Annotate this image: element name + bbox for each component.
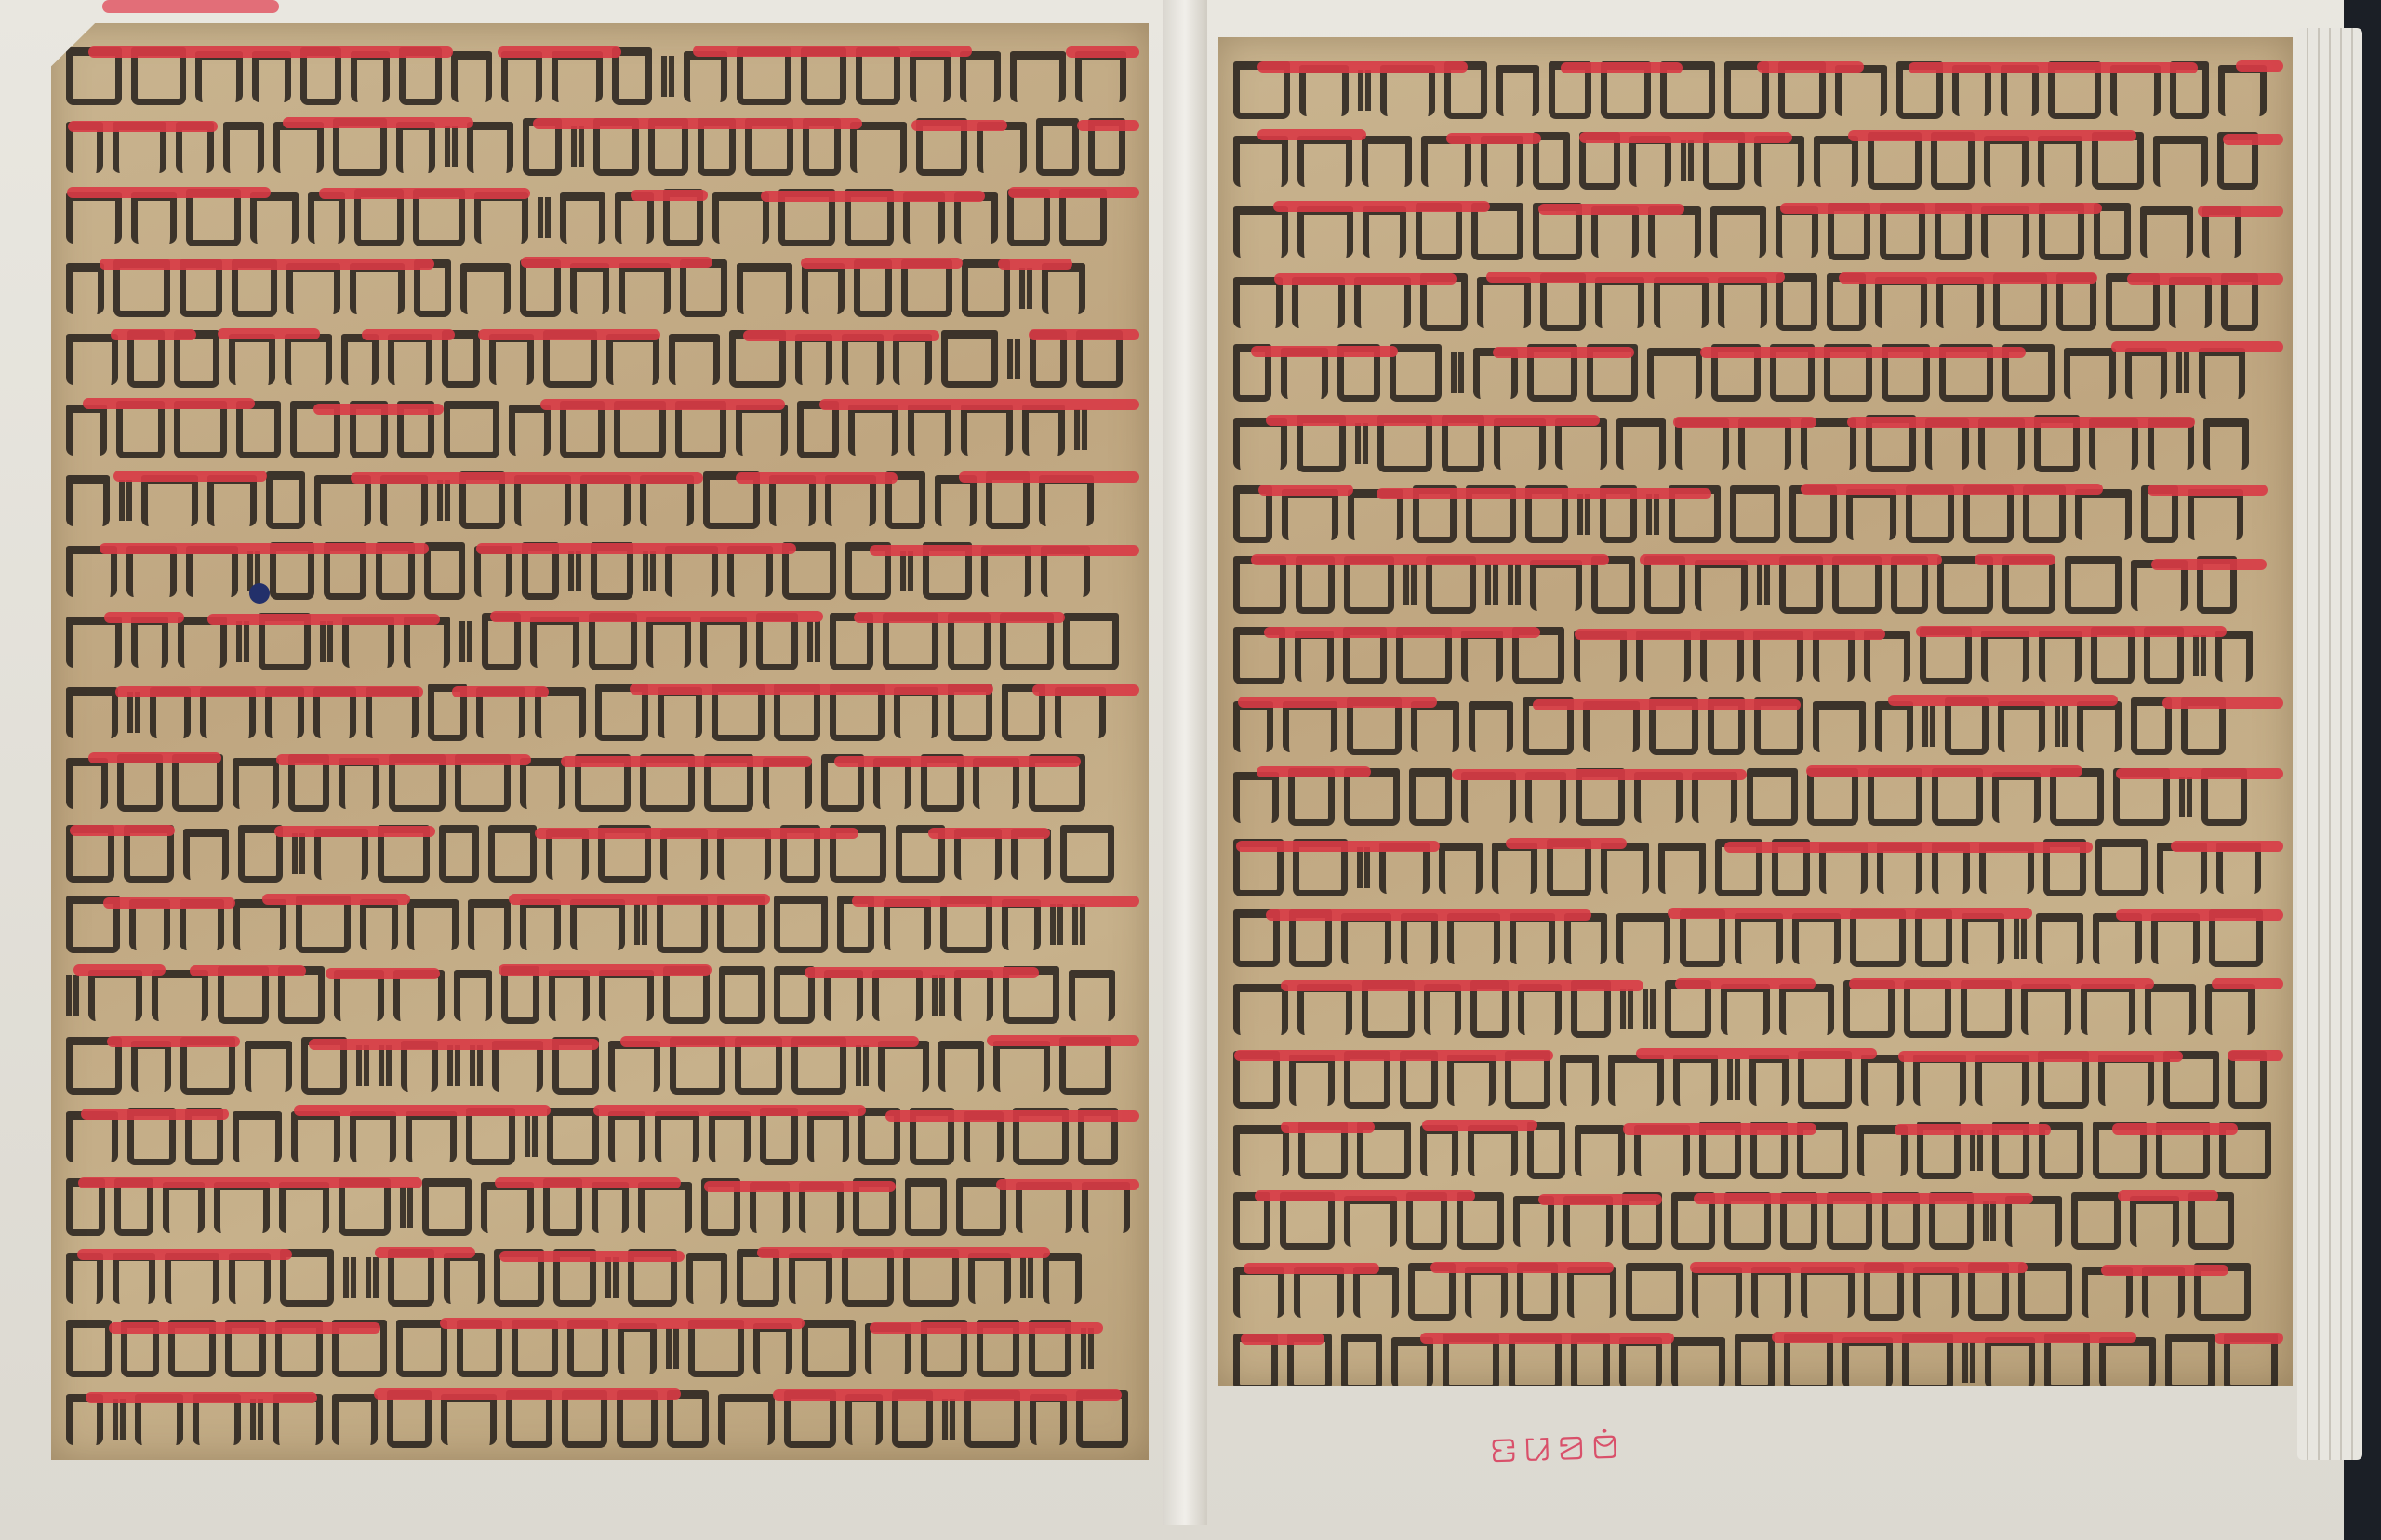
red-underline [1273,201,1490,212]
danda-mark [113,1399,126,1440]
script-glyph [1295,631,1334,682]
red-underline [773,1389,1121,1401]
script-glyph [520,899,561,950]
red-underline [1244,1263,1379,1274]
script-glyph [1813,701,1866,752]
script-glyph [1608,1055,1664,1106]
red-underline [207,614,439,625]
script-glyph [207,475,257,526]
script-glyph [1233,701,1273,752]
script-glyph [1283,701,1337,752]
red-underline [313,404,444,415]
danda-mark [568,551,581,591]
script-glyph [233,758,279,809]
script-glyph [1616,913,1670,964]
script-glyph [2099,1337,2156,1387]
red-underline [2116,768,2283,779]
script-glyph [1344,1196,1397,1247]
danda-mark [2193,635,2206,676]
script-glyph [547,1108,599,1165]
danda-mark [661,56,674,97]
red-underline [499,964,712,976]
script-glyph [560,192,605,244]
script-glyph [1380,65,1435,116]
script-glyph [350,263,405,314]
red-underline [67,187,271,198]
script-glyph [2095,839,2148,896]
red-underline [1008,187,1139,198]
red-underline [801,258,963,269]
danda-mark [1970,1130,1983,1171]
script-glyph [273,122,324,173]
danda-mark [66,975,79,1016]
danda-mark [1007,339,1020,379]
script-glyph [680,259,727,317]
script-glyph [1461,631,1503,682]
danda-mark [1072,904,1085,945]
script-glyph [1299,65,1349,116]
script-glyph [1363,206,1406,258]
script-glyph [236,401,281,458]
script-glyph [1747,768,1798,826]
script-glyph [1010,51,1066,102]
script-glyph [1626,1263,1683,1321]
script-glyph [1751,1267,1791,1318]
script-glyph [655,1111,699,1162]
red-underline [2212,978,2283,989]
script-glyph [481,1182,534,1233]
script-glyph [1518,984,1562,1035]
red-underline [83,398,256,409]
red-underline [987,1035,1139,1046]
script-glyph [1814,136,1858,187]
red-underline [1422,1120,1537,1131]
script-glyph [2071,1192,2121,1250]
script-glyph [807,1111,849,1162]
red-underline [1281,980,1644,991]
danda-mark [1643,989,1656,1029]
script-glyph [66,263,104,314]
red-underline [68,121,218,132]
script-glyph [1341,1334,1382,1386]
script-glyph [424,542,465,600]
script-glyph [116,401,165,458]
red-underline [1257,129,1366,140]
red-underline [1700,347,2026,358]
red-underline [854,612,1065,623]
danda-mark [437,480,450,521]
red-underline [319,188,530,199]
danda-mark [538,197,551,238]
script-glyph [1718,277,1767,328]
script-glyph [1362,136,1412,187]
script-glyph [1801,1267,1855,1318]
danda-mark [2176,352,2189,393]
red-underline [1888,695,2117,706]
red-underline [2111,341,2283,352]
script-glyph [1875,701,1913,752]
script-glyph [1043,1253,1082,1304]
red-underline [1895,1124,2050,1135]
script-glyph [802,263,845,314]
script-glyph [1932,768,1983,826]
red-underline [1486,272,1785,283]
script-glyph [2203,418,2249,470]
script-glyph [467,122,513,173]
danda-mark [1508,564,1521,605]
script-glyph [233,1111,282,1162]
margin-annotation: ꤢꤣꤤꤥꤦ [1487,1411,1625,1474]
script-glyph [1575,1125,1625,1176]
script-glyph [2081,984,2135,1035]
red-underline [490,611,824,622]
red-underline [1801,484,2103,495]
red-underline [70,825,175,836]
script-glyph [1595,277,1644,328]
script-glyph [174,401,227,458]
red-underline [2151,559,2267,570]
script-glyph [66,687,118,738]
danda-mark [1962,1342,1975,1383]
script-glyph [1998,701,2045,752]
ink-blot [249,583,270,604]
script-glyph [1913,1267,1959,1318]
script-glyph [2205,984,2255,1035]
script-glyph [250,192,299,244]
danda-mark [119,480,132,521]
script-glyph [332,1394,378,1445]
danda-mark [447,1045,460,1086]
script-glyph [908,405,951,456]
script-glyph [2021,984,2071,1035]
script-glyph [229,334,275,385]
script-glyph [474,192,528,244]
script-glyph [422,1178,472,1236]
script-glyph [214,1182,270,1233]
script-glyph [1420,1125,1458,1176]
danda-mark [1620,989,1633,1029]
script-glyph [700,617,747,668]
script-glyph [1776,273,1817,331]
red-underline [1452,769,1747,780]
script-glyph [1297,206,1353,258]
script-glyph [152,970,208,1021]
script-glyph [2215,631,2253,682]
script-glyph [341,334,379,385]
red-underline [294,1105,550,1116]
red-underline [2228,1050,2283,1061]
red-underline [1506,838,1627,849]
script-glyph [1671,1337,1725,1387]
script-glyph [719,966,765,1024]
script-glyph [1409,768,1452,826]
script-glyph [1654,277,1709,328]
script-glyph [131,192,177,244]
red-underline [86,1392,317,1403]
script-glyph [1468,1125,1518,1176]
danda-mark [900,551,913,591]
script-glyph [1981,631,2029,682]
script-glyph [286,263,340,314]
script-glyph [1798,1051,1852,1109]
danda-mark [525,1116,538,1157]
red-underline [1430,1262,1614,1273]
red-underline [107,1036,240,1047]
red-underline [870,545,1139,556]
red-underline [1849,978,2154,989]
danda-mark [250,1399,263,1440]
script-glyph [1673,1055,1718,1106]
red-underline [111,329,197,340]
red-underline [274,826,435,837]
red-underline [262,894,410,905]
script-glyph [905,1178,947,1236]
script-glyph [1282,489,1338,540]
script-glyph [2199,348,2245,399]
script-glyph [1779,984,1834,1035]
red-underline [1538,204,1683,215]
red-underline [1690,1262,2028,1273]
script-glyph [245,1041,292,1092]
script-glyph [1294,1267,1344,1318]
red-underline [2118,1190,2218,1201]
red-underline [1234,1050,1553,1061]
script-glyph [489,334,534,385]
red-underline [495,1177,680,1188]
script-glyph [1233,206,1288,258]
script-glyph [2188,489,2243,540]
red-underline [1281,1122,1375,1133]
red-underline [998,259,1072,270]
script-glyph [1447,1055,1496,1106]
danda-mark [292,833,305,874]
script-glyph [2093,913,2142,964]
script-glyph [848,405,898,456]
danda-mark [470,1045,483,1086]
red-underline [1848,130,2136,141]
red-underline [2148,485,2268,496]
red-underline [996,1179,1139,1190]
red-underline [928,828,1049,839]
script-glyph [608,1041,660,1092]
script-glyph [718,1394,775,1445]
script-glyph [1861,1055,1904,1106]
script-glyph [1601,843,1649,894]
red-underline [2101,1265,2228,1276]
script-glyph [618,1323,657,1374]
danda-mark [1757,564,1770,605]
script-glyph [131,617,168,668]
script-glyph [1391,1337,1433,1387]
script-glyph [2038,136,2082,187]
script-glyph [1042,263,1085,314]
red-underline [757,1247,1050,1258]
script-glyph [1477,277,1531,328]
red-underline [100,543,429,554]
red-underline [1673,417,1816,428]
red-underline [2198,206,2283,217]
right-page [1218,37,2293,1386]
left-page [51,23,1149,1460]
script-glyph [2130,1196,2179,1247]
script-glyph [360,899,398,950]
red-underline [761,191,985,202]
red-underline [1493,347,1634,358]
script-glyph [1658,843,1706,894]
script-glyph [2064,348,2116,399]
script-glyph [1233,277,1283,328]
script-glyph [850,122,907,173]
red-underline [218,328,320,339]
script-glyph [878,1041,929,1092]
script-glyph [2218,65,2267,116]
script-glyph [910,51,951,102]
script-glyph [1233,984,1288,1035]
script-glyph [1992,772,2041,823]
script-glyph [1424,984,1461,1035]
script-glyph [2165,1334,2215,1386]
red-underline [476,543,796,554]
script-glyph [2151,913,2200,964]
danda-mark [366,1257,379,1298]
right-page-lines [1218,37,2293,1386]
red-underline [834,756,1081,767]
script-glyph [1735,913,1783,964]
script-glyph [684,51,727,102]
script-glyph [66,334,118,385]
script-glyph [444,1253,485,1304]
red-underline [81,1109,229,1120]
danda-mark [666,1328,679,1369]
red-underline [103,897,235,909]
script-glyph [407,899,459,950]
script-glyph [1233,136,1288,187]
danda-mark [1646,494,1659,535]
script-glyph [606,334,659,385]
script-glyph [252,51,291,102]
script-glyph [2169,277,2212,328]
danda-mark [2055,706,2068,747]
script-glyph [66,1320,112,1377]
red-underline [819,399,1139,410]
script-glyph [466,1108,515,1165]
script-glyph [993,1041,1050,1092]
red-underline [2116,909,2283,921]
script-glyph [530,617,579,668]
script-glyph [1297,984,1352,1035]
red-underline [533,118,862,129]
red-underline [1636,1048,1876,1059]
script-glyph [223,122,264,173]
script-glyph [2145,984,2196,1035]
red-underline [911,120,1006,131]
red-underline [1724,842,2093,853]
script-glyph [1807,768,1858,826]
script-glyph [1075,51,1126,102]
danda-mark [856,1045,869,1086]
danda-mark [1727,1059,1740,1100]
red-underline [805,967,1040,978]
script-glyph [1069,970,1115,1021]
red-underline [115,686,423,697]
script-glyph [961,405,1013,456]
red-underline [1575,629,1885,640]
danda-mark [643,551,656,591]
red-underline [440,1318,805,1329]
script-glyph [1792,913,1841,964]
danda-mark [356,1045,369,1086]
script-glyph [802,1320,856,1377]
red-underline [2215,1333,2283,1344]
red-underline [1780,203,2102,214]
script-glyph [686,1253,727,1304]
script-glyph [1647,348,1702,399]
script-glyph [2036,913,2083,964]
script-glyph [444,401,499,458]
red-underline [375,1247,476,1258]
red-underline [478,329,660,340]
red-underline [190,965,306,976]
danda-mark [1451,352,1464,393]
red-underline [2112,1123,2238,1135]
red-underline [2223,134,2283,145]
red-underline [1772,1332,2136,1343]
script-glyph [131,1041,171,1092]
script-glyph [279,1182,329,1233]
script-glyph [1036,118,1079,176]
danda-mark [400,1187,413,1228]
script-glyph [1411,701,1459,752]
danda-mark [1403,564,1417,605]
script-glyph [396,1320,447,1377]
script-glyph [308,192,345,244]
red-underline [631,190,708,201]
script-glyph [454,970,492,1021]
red-underline [1446,133,1541,144]
red-underline [499,1251,685,1262]
danda-mark [459,621,472,662]
danda-mark [571,126,584,167]
script-glyph [2153,136,2208,187]
script-glyph [2077,701,2122,752]
script-glyph [351,51,390,102]
red-underline [561,756,812,767]
red-underline [374,1388,681,1400]
red-underline [1898,1051,2183,1062]
script-glyph [1560,1055,1599,1106]
script-glyph [1439,843,1483,894]
script-glyph [488,825,537,883]
script-glyph [789,1253,832,1304]
script-glyph [1985,1337,2035,1387]
red-underline [870,1322,1104,1334]
red-underline [1238,697,1437,708]
script-glyph [1846,489,1896,540]
red-underline [1668,908,2032,919]
script-glyph [1469,701,1513,752]
script-glyph [619,263,671,314]
script-glyph [451,51,492,102]
red-underline [1251,346,1398,357]
red-underline [452,686,549,697]
script-glyph [88,970,142,1021]
script-glyph [938,1041,984,1092]
red-underline [1274,273,1456,285]
danda-mark [343,1257,356,1298]
red-underline [1255,1190,1475,1201]
script-glyph [1492,843,1537,894]
danda-mark [1020,1257,1033,1298]
